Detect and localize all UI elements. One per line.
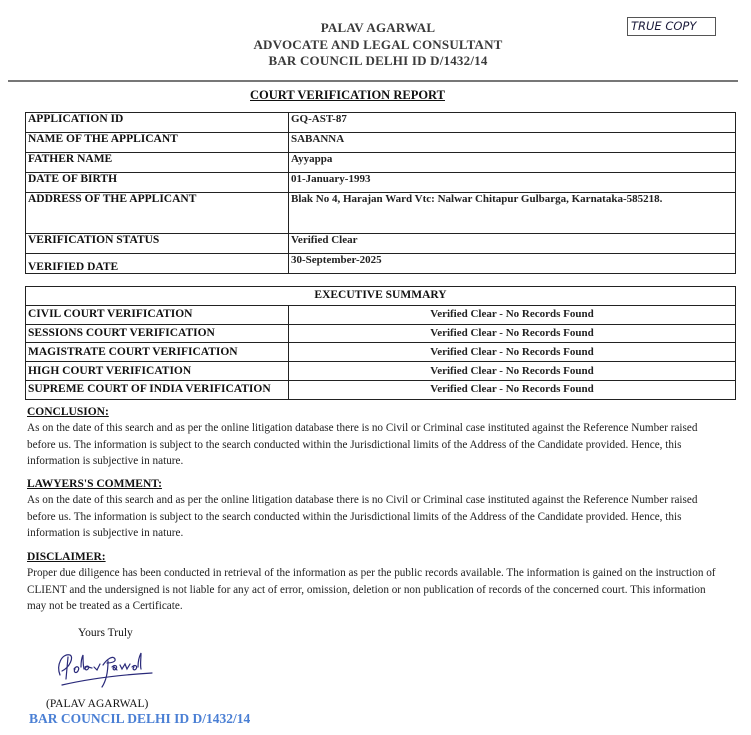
disclaimer-section: DISCLAIMER: Proper due diligence has bee…: [27, 550, 727, 615]
dob-value: 01-January-1993: [289, 173, 736, 193]
conclusion-heading: CONCLUSION:: [27, 405, 727, 420]
table-row: ADDRESS OF THE APPLICANT Blak No 4, Hara…: [26, 193, 736, 234]
header-divider: [8, 80, 738, 82]
table-row: APPLICATION ID GQ-AST-87: [26, 113, 736, 133]
table-row: MAGISTRATE COURT VERIFICATION Verified C…: [26, 343, 736, 362]
lawyers-comment-heading: LAWYERS'S COMMENT:: [27, 477, 727, 492]
civil-court-label: CIVIL COURT VERIFICATION: [26, 305, 289, 324]
conclusion-text: As on the date of this search and as per…: [27, 420, 727, 470]
executive-summary-table: EXECUTIVE SUMMARY CIVIL COURT VERIFICATI…: [25, 286, 736, 400]
table-row: SESSIONS COURT VERIFICATION Verified Cle…: [26, 324, 736, 343]
applicant-name-label: NAME OF THE APPLICANT: [26, 133, 289, 153]
verification-status-value: Verified Clear: [289, 234, 736, 254]
sessions-court-label: SESSIONS COURT VERIFICATION: [26, 324, 289, 343]
lawyers-comment-text: As on the date of this search and as per…: [27, 492, 727, 542]
advocate-designation: ADVOCATE AND LEGAL CONSULTANT: [5, 37, 751, 54]
address-label: ADDRESS OF THE APPLICANT: [26, 193, 289, 234]
father-name-label: FATHER NAME: [26, 153, 289, 173]
high-court-label: HIGH COURT VERIFICATION: [26, 362, 289, 381]
magistrate-court-label: MAGISTRATE COURT VERIFICATION: [26, 343, 289, 362]
sessions-court-result: Verified Clear - No Records Found: [289, 324, 736, 343]
table-row: FATHER NAME Ayyappa: [26, 153, 736, 173]
lawyers-comment-section: LAWYERS'S COMMENT: As on the date of thi…: [27, 477, 727, 542]
application-id-value: GQ-AST-87: [289, 113, 736, 133]
conclusion-section: CONCLUSION: As on the date of this searc…: [27, 405, 727, 470]
supreme-court-result: Verified Clear - No Records Found: [289, 380, 736, 399]
executive-summary-title: EXECUTIVE SUMMARY: [26, 287, 736, 306]
true-copy-stamp: TRUE COPY: [627, 17, 716, 36]
address-value: Blak No 4, Harajan Ward Vtc: Nalwar Chit…: [289, 193, 736, 234]
table-row: HIGH COURT VERIFICATION Verified Clear -…: [26, 362, 736, 381]
report-title-text: COURT VERIFICATION REPORT: [250, 88, 445, 102]
disclaimer-heading: DISCLAIMER:: [27, 550, 727, 565]
signature-image: [48, 645, 163, 693]
table-row: CIVIL COURT VERIFICATION Verified Clear …: [26, 305, 736, 324]
application-id-label: APPLICATION ID: [26, 113, 289, 133]
table-row: VERIFICATION STATUS Verified Clear: [26, 234, 736, 254]
table-header-row: EXECUTIVE SUMMARY: [26, 287, 736, 306]
verified-date-value: 30-September-2025: [289, 254, 736, 274]
applicant-details-table: APPLICATION ID GQ-AST-87 NAME OF THE APP…: [25, 112, 736, 274]
signatory-bar-id: BAR COUNCIL DELHI ID D/1432/14: [29, 711, 250, 727]
signatory-name: (PALAV AGARWAL): [46, 698, 148, 710]
table-row: DATE OF BIRTH 01-January-1993: [26, 173, 736, 193]
applicant-name-value: SABANNA: [289, 133, 736, 153]
civil-court-result: Verified Clear - No Records Found: [289, 305, 736, 324]
dob-label: DATE OF BIRTH: [26, 173, 289, 193]
report-title: COURT VERIFICATION REPORT: [0, 88, 751, 103]
father-name-value: Ayyappa: [289, 153, 736, 173]
closing-text: Yours Truly: [78, 627, 133, 639]
supreme-court-label: SUPREME COURT OF INDIA VERIFICATION: [26, 380, 289, 399]
disclaimer-text: Proper due diligence has been conducted …: [27, 565, 727, 615]
verified-date-label: VERIFIED DATE: [26, 254, 289, 274]
advocate-bar-id: BAR COUNCIL DELHI ID D/1432/14: [5, 53, 751, 70]
table-row: SUPREME COURT OF INDIA VERIFICATION Veri…: [26, 380, 736, 399]
table-row: NAME OF THE APPLICANT SABANNA: [26, 133, 736, 153]
high-court-result: Verified Clear - No Records Found: [289, 362, 736, 381]
table-row: VERIFIED DATE 30-September-2025: [26, 254, 736, 274]
magistrate-court-result: Verified Clear - No Records Found: [289, 343, 736, 362]
verification-status-label: VERIFICATION STATUS: [26, 234, 289, 254]
